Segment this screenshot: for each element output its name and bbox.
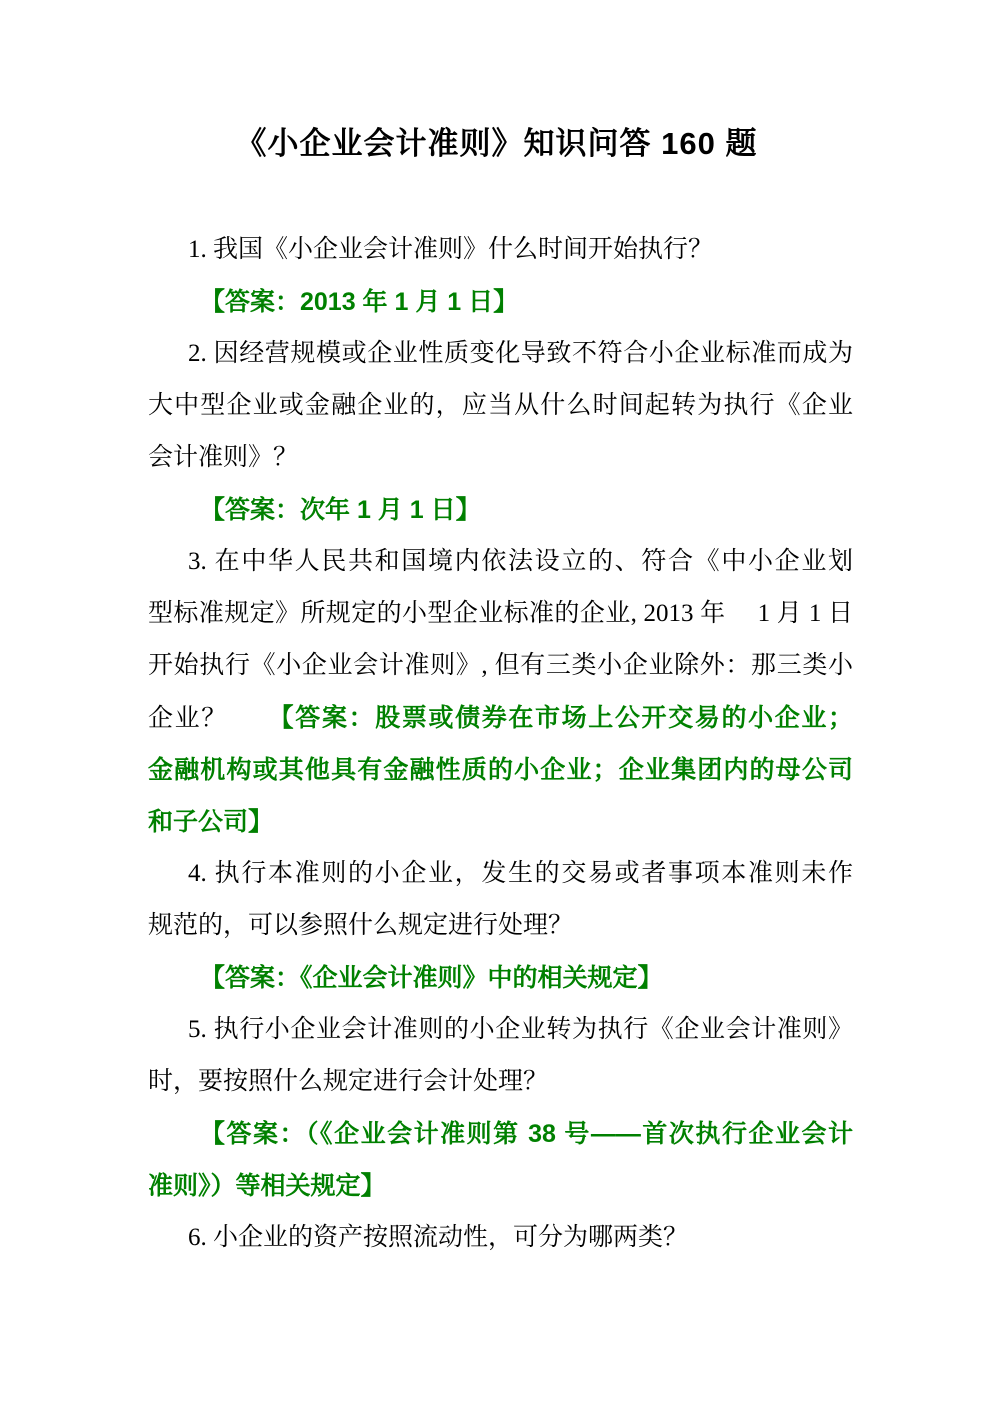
answer-text: 【答案：股票或债券在市场上公开交易的小企业； bbox=[281, 704, 853, 732]
document-line: 【答案：次年 1 月 1 日】 bbox=[148, 484, 853, 536]
question-text: 4. 执行本准则的小企业，发生的交易或者事项本准则未作 bbox=[188, 860, 853, 887]
question-text: 5. 执行小企业会计准则的小企业转为执行《企业会计准则》 bbox=[188, 1016, 853, 1043]
document-line: 金融机构或其他具有金融性质的小企业；企业集团内的母公司 bbox=[148, 744, 853, 796]
document-line: 企业？ 【答案：股票或债券在市场上公开交易的小企业； bbox=[148, 692, 853, 744]
answer-text: 【答案：次年 1 月 1 日】 bbox=[200, 496, 481, 524]
document-line: 6. 小企业的资产按照流动性，可分为哪两类？ bbox=[148, 1212, 853, 1264]
question-text: 开始执行《小企业会计准则》, 但有三类小企业除外：那三类小 bbox=[148, 652, 853, 679]
document-line: 【答案：2013 年 1 月 1 日】 bbox=[148, 276, 853, 328]
answer-text: 金融机构或其他具有金融性质的小企业；企业集团内的母公司 bbox=[148, 756, 853, 784]
document-line: 开始执行《小企业会计准则》, 但有三类小企业除外：那三类小 bbox=[148, 640, 853, 692]
document-body: 1. 我国《小企业会计准则》什么时间开始执行？【答案：2013 年 1 月 1 … bbox=[148, 224, 853, 1264]
document-line: 4. 执行本准则的小企业，发生的交易或者事项本准则未作 bbox=[148, 848, 853, 900]
document-line: 时，要按照什么规定进行会计处理？ bbox=[148, 1056, 853, 1108]
document-line: 【答案：（《企业会计准则第 38 号——首次执行企业会计 bbox=[148, 1108, 853, 1160]
question-text: 3. 在中华人民共和国境内依法设立的、符合《中小企业划 bbox=[188, 548, 853, 575]
question-text: 时，要按照什么规定进行会计处理？ bbox=[148, 1068, 548, 1095]
question-text: 2. 因经营规模或企业性质变化导致不符合小企业标准而成为 bbox=[188, 340, 853, 367]
document-line: 2. 因经营规模或企业性质变化导致不符合小企业标准而成为 bbox=[148, 328, 853, 380]
document-page: 《小企业会计准则》知识问答 160 题 1. 我国《小企业会计准则》什么时间开始… bbox=[0, 0, 993, 1404]
document-line: 3. 在中华人民共和国境内依法设立的、符合《中小企业划 bbox=[148, 536, 853, 588]
question-text: 规范的，可以参照什么规定进行处理？ bbox=[148, 912, 573, 939]
question-text: 会计准则》？ bbox=[148, 444, 298, 471]
document-title: 《小企业会计准则》知识问答 160 题 bbox=[0, 118, 993, 170]
answer-text: 【答案：《企业会计准则》中的相关规定】 bbox=[200, 964, 663, 992]
document-line: 型标准规定》所规定的小型企业标准的企业, 2013 年 1 月 1 日 bbox=[148, 588, 853, 640]
document-line: 和子公司】 bbox=[148, 796, 853, 848]
question-text: 1. 我国《小企业会计准则》什么时间开始执行？ bbox=[188, 236, 713, 263]
answer-text: 和子公司】 bbox=[148, 808, 273, 836]
answer-text: 【答案：（《企业会计准则第 38 号——首次执行企业会计 bbox=[200, 1120, 853, 1148]
document-line: 会计准则》？ bbox=[148, 432, 853, 484]
document-line: 准则》）等相关规定】 bbox=[148, 1160, 853, 1212]
document-line: 【答案：《企业会计准则》中的相关规定】 bbox=[148, 952, 853, 1004]
question-text: 大中型企业或金融企业的，应当从什么时间起转为执行《企业 bbox=[148, 392, 853, 419]
question-text: 企业？ bbox=[148, 705, 281, 732]
question-text: 型标准规定》所规定的小型企业标准的企业, 2013 年 1 月 1 日 bbox=[148, 600, 853, 627]
answer-text: 准则》）等相关规定】 bbox=[148, 1172, 386, 1200]
document-line: 1. 我国《小企业会计准则》什么时间开始执行？ bbox=[148, 224, 853, 276]
document-line: 大中型企业或金融企业的，应当从什么时间起转为执行《企业 bbox=[148, 380, 853, 432]
document-line: 规范的，可以参照什么规定进行处理？ bbox=[148, 900, 853, 952]
question-text: 6. 小企业的资产按照流动性，可分为哪两类？ bbox=[188, 1224, 688, 1251]
answer-text: 【答案：2013 年 1 月 1 日】 bbox=[200, 288, 518, 316]
document-line: 5. 执行小企业会计准则的小企业转为执行《企业会计准则》 bbox=[148, 1004, 853, 1056]
